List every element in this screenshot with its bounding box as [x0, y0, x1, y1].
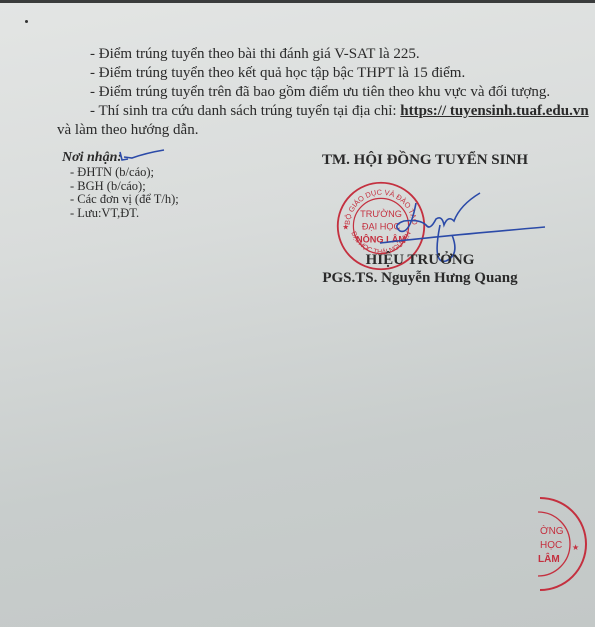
- svg-text:ỜNG: ỜNG: [540, 524, 564, 537]
- thpt-score-line: - Điểm trúng tuyển theo kết quả học tập …: [57, 64, 557, 83]
- announcement-body: - Điểm trúng tuyển theo bài thi đánh giá…: [57, 45, 557, 140]
- svg-text:HỌC: HỌC: [540, 540, 562, 551]
- council-title: TM. HỘI ĐỒNG TUYỂN SINH: [300, 152, 550, 169]
- svg-text:LÂM: LÂM: [538, 552, 560, 565]
- signature-block: TM. HỘI ĐỒNG TUYỂN SINH: [300, 152, 550, 169]
- recipient-item: - ĐHTN (b/cáo);: [62, 166, 179, 180]
- signer-role: HIỆU TRƯỞNG: [300, 252, 540, 269]
- instructions-line: và làm theo hướng dẫn.: [57, 121, 557, 140]
- signer-name: PGS.TS. Nguyễn Hưng Quang: [300, 270, 540, 287]
- svg-text:★: ★: [572, 543, 579, 552]
- lookup-text: - Thí sinh tra cứu danh sách trúng tuyển…: [90, 103, 400, 119]
- lookup-line: - Thí sinh tra cứu danh sách trúng tuyển…: [57, 102, 557, 121]
- photo-top-edge: [0, 0, 595, 3]
- recipient-item: - Các đơn vị (để T/h);: [62, 193, 179, 207]
- paper-speck: [25, 20, 28, 23]
- admissions-link[interactable]: https:// tuyensinh.tuaf.edu.vn: [400, 103, 588, 119]
- partial-stamp-bleed: ỜNG HỌC LÂM ★: [530, 490, 595, 598]
- priority-note-line: - Điểm trúng tuyển trên đã bao gồm điểm …: [57, 83, 557, 102]
- vsat-score-line: - Điểm trúng tuyển theo bài thi đánh giá…: [57, 45, 557, 64]
- handwritten-check-icon: [118, 149, 168, 165]
- svg-text:★: ★: [342, 223, 349, 232]
- recipient-item: - Lưu:VT,ĐT.: [62, 207, 179, 221]
- recipient-item: - BGH (b/cáo);: [62, 180, 179, 194]
